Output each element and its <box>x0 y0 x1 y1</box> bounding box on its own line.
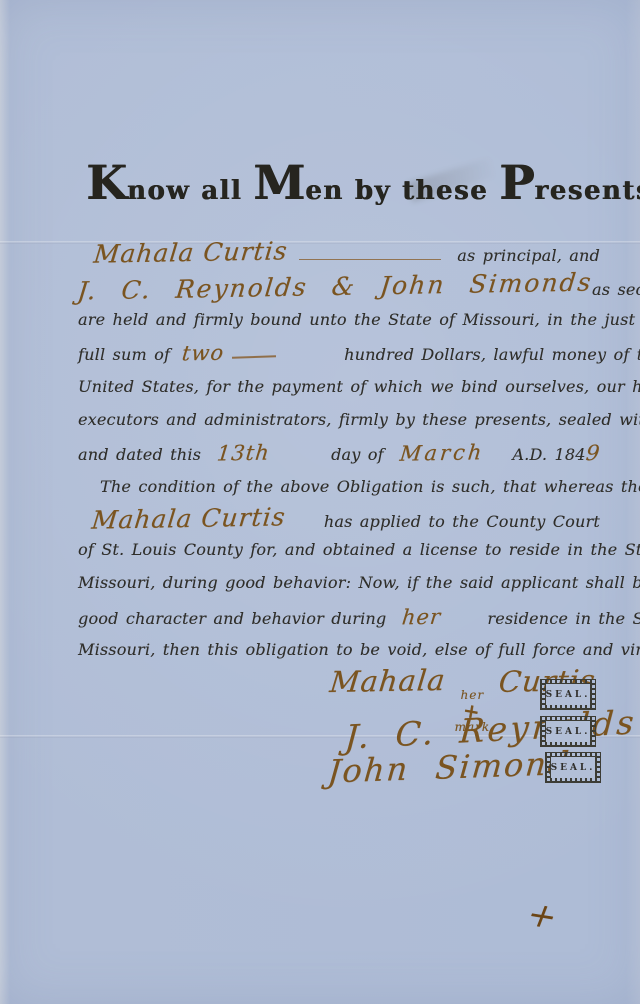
inked-dash <box>232 355 276 359</box>
securities-print-label: as securities, <box>592 280 640 299</box>
body-line-2-post: hundred Dollars, lawful money of the <box>344 345 640 364</box>
document-paper: Know all Men by these Presents, That We:… <box>0 0 640 1004</box>
condition-line-4-post: residence in the State of <box>487 609 640 628</box>
seal-stamp-inner: SEAL. <box>546 721 590 742</box>
date-line-pre: and dated this <box>78 445 201 464</box>
seal-label: SEAL. <box>546 690 591 700</box>
body-line-3: United States, for the payment of which … <box>78 377 602 396</box>
applicant-line-print: has applied to the County Court <box>324 512 600 531</box>
pen-cross-annotation: + <box>521 895 564 938</box>
month-handwritten: March <box>398 440 485 465</box>
seal-label: SEAL. <box>551 763 596 773</box>
applicant-name-handwritten: Mahala Curtis <box>90 502 287 534</box>
title-word-men: Men <box>253 176 343 206</box>
day-handwritten: 13th <box>216 441 271 466</box>
condition-line-4: good character and behavior during her r… <box>78 605 600 629</box>
securities-names-handwritten: J. C. Reynolds & John Simonds <box>76 268 594 306</box>
principal-name-handwritten: Mahala Curtis <box>92 236 289 268</box>
title-word-by: by <box>355 176 391 206</box>
condition-line-4-pre: good character and behavior during <box>78 609 386 628</box>
sum-amount-handwritten: two <box>181 341 226 366</box>
seal-label: SEAL. <box>546 727 591 737</box>
condition-line-5: Missouri, then this obligation to be voi… <box>78 640 602 659</box>
securities-line: J. C. Reynolds & John Simonds as securit… <box>78 272 600 301</box>
applicant-line: Mahala Curtis has applied to the County … <box>78 504 600 533</box>
document-title: Know all Men by these Presents, That We: <box>86 176 640 206</box>
year-digit-handwritten: 9 <box>584 441 601 465</box>
fill-in-rule <box>299 259 441 260</box>
principal-line: Mahala Curtis as principal, and <box>78 238 600 267</box>
year-print-prefix: A.D. 184 <box>512 445 585 464</box>
condition-line-2: of St. Louis County for, and obtained a … <box>78 540 602 559</box>
title-word-these: these <box>402 176 488 206</box>
title-word-know: Know <box>86 176 190 206</box>
seal-stamp-1: SEAL. <box>540 679 596 710</box>
principal-print-label: as principal, and <box>457 246 600 265</box>
signature-first-name: Mahala <box>328 663 447 699</box>
seal-stamp-inner: SEAL. <box>551 757 595 778</box>
title-word-presents: Presents, <box>499 176 640 206</box>
body-line-2: full sum of two hundred Dollars, lawful … <box>78 341 600 365</box>
body-line-2-pre: full sum of <box>78 345 170 364</box>
body-line-1: are held and firmly bound unto the State… <box>78 310 602 329</box>
body-line-4: executors and administrators, firmly by … <box>78 410 602 429</box>
seal-stamp-inner: SEAL. <box>546 684 590 705</box>
condition-line-1: The condition of the above Obligation is… <box>78 477 624 496</box>
condition-line-3: Missouri, during good behavior: Now, if … <box>78 573 602 592</box>
pronoun-handwritten: her <box>401 605 443 630</box>
seal-stamp-2: SEAL. <box>540 716 596 747</box>
date-line-mid: day of <box>331 445 384 464</box>
date-line: and dated this 13th day of March A.D. 18… <box>78 441 600 465</box>
seal-stamp-3: SEAL. <box>545 752 601 783</box>
title-word-all: all <box>201 176 242 206</box>
